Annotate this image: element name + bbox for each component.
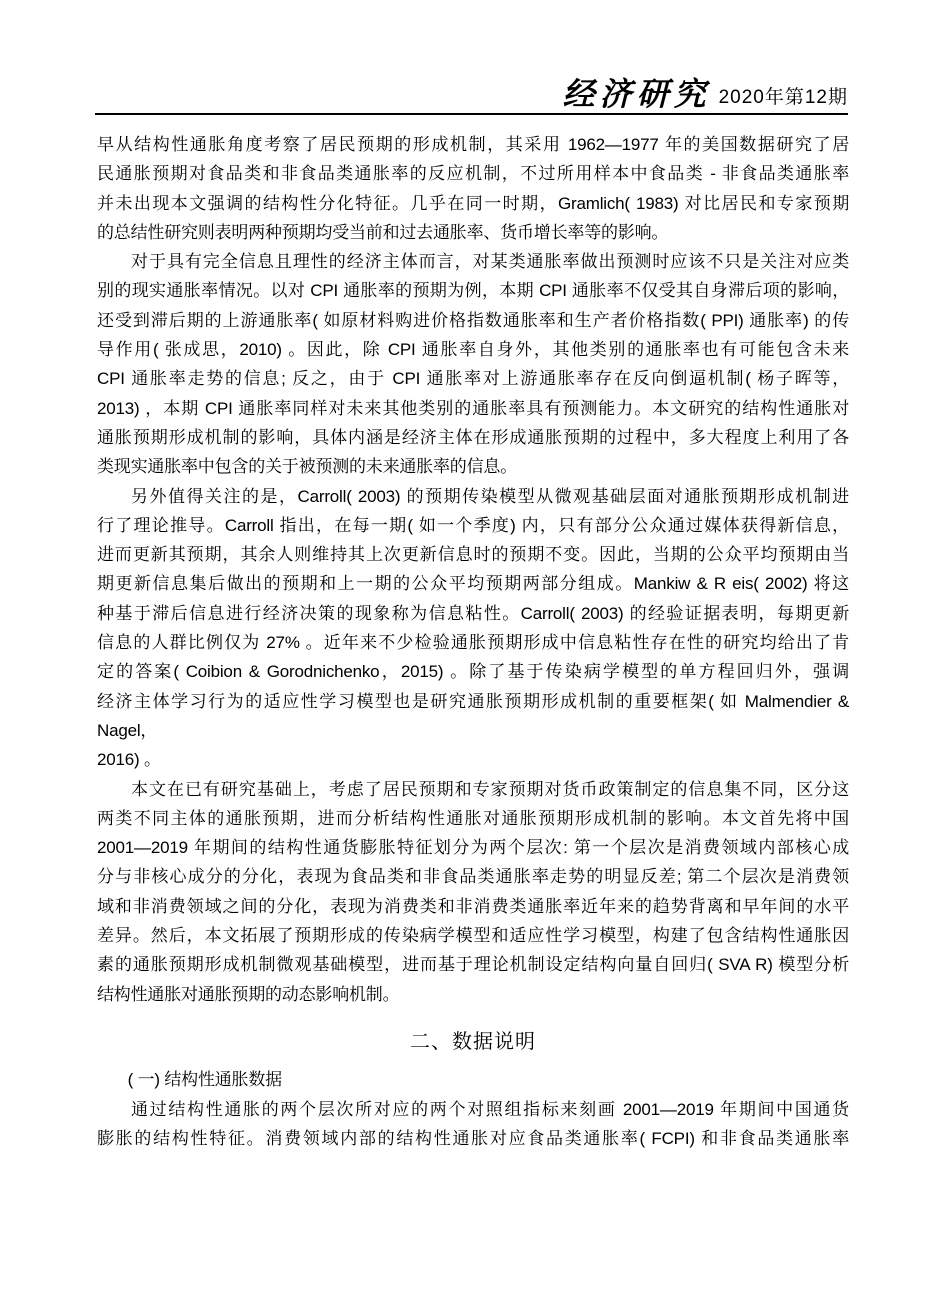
text-line: 结构性通胀对通胀预期的动态影响机制。 bbox=[97, 980, 849, 1009]
header-rule bbox=[95, 113, 848, 115]
text-line: 进而更新其预期，其余人则维持其上次更新信息时的预期不变。因此，当期的公众平均预期… bbox=[97, 540, 849, 569]
issue-label: 2020年第12期 bbox=[719, 86, 848, 112]
text-line: 膨胀的结构性特征。消费领域内部的结构性通胀对应食品类通胀率( FCPI) 和非食… bbox=[97, 1124, 849, 1153]
paragraph: 早从结构性通胀角度考察了居民预期的形成机制，其采用 1962—1977 年的美国… bbox=[97, 130, 849, 247]
text-line: 导作用( 张成思，2010) 。因此，除 CPI 通胀率自身外，其他类别的通胀率… bbox=[97, 335, 849, 364]
text-line: 分与非核心成分的分化，表现为食品类和非食品类通胀率走势的明显反差; 第二个层次是… bbox=[97, 862, 849, 891]
text-line: 信息的人群比例仅为 27% 。近年来不少检验通胀预期形成中信息粘性存在性的研究均… bbox=[97, 628, 849, 657]
text-line: 早从结构性通胀角度考察了居民预期的形成机制，其采用 1962—1977 年的美国… bbox=[97, 130, 849, 159]
subsection-heading: ( 一) 结构性通胀数据 bbox=[97, 1065, 849, 1095]
text-line: 另外值得关注的是，Carroll( 2003) 的预期传染模型从微观基础层面对通… bbox=[97, 482, 849, 511]
text-line: CPI 通胀率走势的信息; 反之，由于 CPI 通胀率对上游通胀率存在反向倒逼机… bbox=[97, 364, 849, 393]
text-line: 通过结构性通胀的两个层次所对应的两个对照组指标来刻画 2001—2019 年期间… bbox=[97, 1095, 849, 1124]
text-line: 定的答案( Coibion & Gorodnichenko，2015) 。除了基… bbox=[97, 657, 849, 686]
paragraph: 对于具有完全信息且理性的经济主体而言，对某类通胀率做出预测时应该不只是关注对应类… bbox=[97, 247, 849, 481]
text-line: 民通胀预期对食品类和非食品类通胀率的反应机制，不过所用样本中食品类 - 非食品类… bbox=[97, 159, 849, 188]
text-line: 差异。然后，本文拓展了预期形成的传染病学模型和适应性学习模型，构建了包含结构性通… bbox=[97, 921, 849, 950]
text-line: 还受到滞后期的上游通胀率( 如原材料购进价格指数通胀率和生产者价格指数( PPI… bbox=[97, 306, 849, 335]
text-line: 2013) ，本期 CPI 通胀率同样对未来其他类别的通胀率具有预测能力。本文研… bbox=[97, 394, 849, 423]
journal-page: 经济研究 2020年第12期 早从结构性通胀角度考察了居民预期的形成机制，其采用… bbox=[0, 0, 950, 1290]
text-line: 域和非消费领域之间的分化，表现为消费类和非消费类通胀率近年来的趋势背离和早年间的… bbox=[97, 892, 849, 921]
text-line: 别的现实通胀率情况。以对 CPI 通胀率的预期为例，本期 CPI 通胀率不仅受其… bbox=[97, 276, 849, 305]
paragraph: 通过结构性通胀的两个层次所对应的两个对照组指标来刻画 2001—2019 年期间… bbox=[97, 1095, 849, 1154]
text-line: 两类不同主体的通胀预期，进而分析结构性通胀对通胀预期形成机制的影响。本文首先将中… bbox=[97, 804, 849, 833]
text-line: 通胀预期形成机制的影响，具体内涵是经济主体在形成通胀预期的过程中，多大程度上利用… bbox=[97, 423, 849, 452]
text-line: 对于具有完全信息且理性的经济主体而言，对某类通胀率做出预测时应该不只是关注对应类 bbox=[97, 247, 849, 276]
text-line: 行了理论推导。Carroll 指出，在每一期( 如一个季度) 内，只有部分公众通… bbox=[97, 511, 849, 540]
page-body: 早从结构性通胀角度考察了居民预期的形成机制，其采用 1962—1977 年的美国… bbox=[97, 130, 849, 1154]
text-line: 2001—2019 年期间的结构性通货膨胀特征划分为两个层次: 第一个层次是消费… bbox=[97, 833, 849, 862]
text-line: 类现实通胀率中包含的关于被预测的未来通胀率的信息。 bbox=[97, 452, 849, 481]
text-line: 种基于滞后信息进行经济决策的现象称为信息粘性。Carroll( 2003) 的经… bbox=[97, 599, 849, 628]
text-line: 本文在已有研究基础上，考虑了居民预期和专家预期对货币政策制定的信息集不同，区分这 bbox=[97, 775, 849, 804]
text-line: 期更新信息集后做出的预期和上一期的公众平均预期两部分组成。Mankiw & R … bbox=[97, 569, 849, 598]
text-line: 并未出现本文强调的结构性分化特征。几乎在同一时期，Gramlich( 1983)… bbox=[97, 189, 849, 218]
text-line: 的总结性研究则表明两种预期均受当前和过去通胀率、货币增长率等的影响。 bbox=[97, 218, 849, 247]
journal-header: 经济研究 2020年第12期 bbox=[563, 78, 848, 112]
text-line: 经济主体学习行为的适应性学习模型也是研究通胀预期形成机制的重要框架( 如 Mal… bbox=[97, 687, 849, 716]
paragraph: 另外值得关注的是，Carroll( 2003) 的预期传染模型从微观基础层面对通… bbox=[97, 482, 849, 775]
journal-logo: 经济研究 bbox=[563, 78, 711, 112]
text-line: 素的通胀预期形成机制微观基础模型，进而基于理论机制设定结构向量自回归( SVA … bbox=[97, 950, 849, 979]
paragraph: 本文在已有研究基础上，考虑了居民预期和专家预期对货币政策制定的信息集不同，区分这… bbox=[97, 775, 849, 1009]
text-line: 2016) 。 bbox=[97, 745, 849, 774]
section-heading: 二、数据说明 bbox=[97, 1027, 849, 1057]
text-line: Nagel， bbox=[97, 716, 849, 745]
